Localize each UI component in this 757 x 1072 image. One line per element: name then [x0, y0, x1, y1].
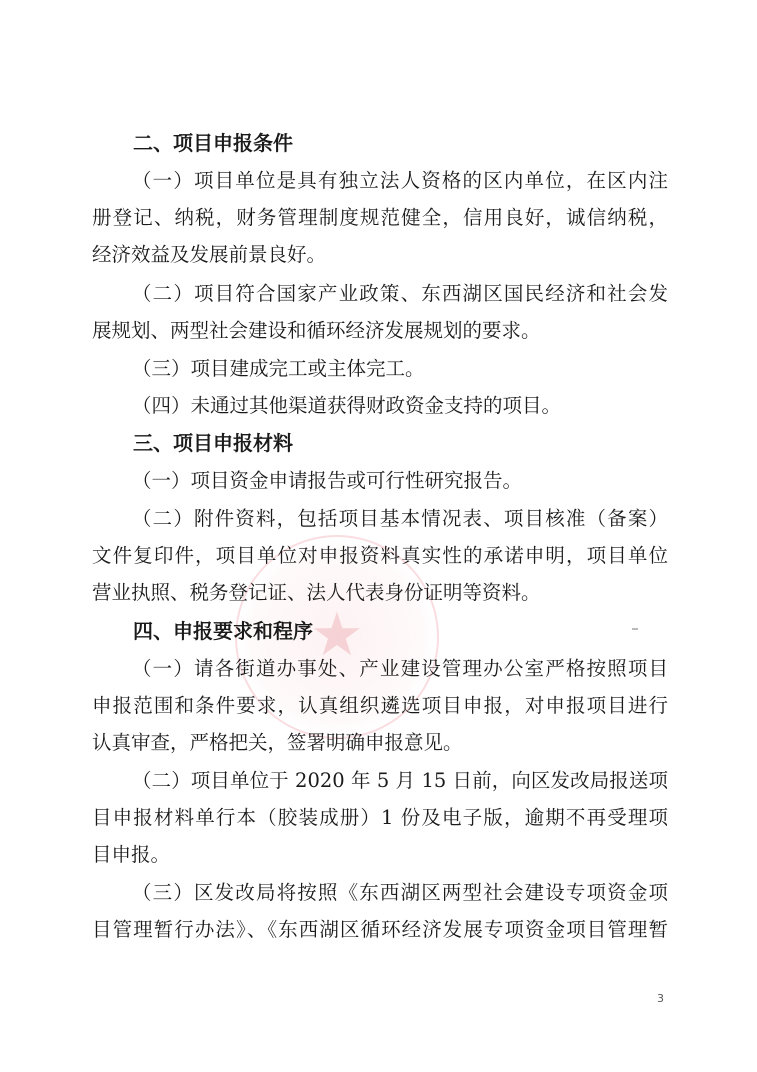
paragraph-line: 目管理暂行办法》、《东西湖区循环经济发展专项资金项目管理暂 [92, 915, 668, 945]
paragraph-line: （二）项目符合国家产业政策、东西湖区国民经济和社会发 [132, 279, 668, 309]
paragraph-line: （四）未通过其他渠道获得财政资金支持的项目。 [132, 391, 668, 421]
page-number: 3 [657, 992, 664, 1005]
paragraph-line: （三）项目建成完工或主体完工。 [132, 354, 668, 384]
paragraph-line: 展规划、两型社会建设和循环经济发展规划的要求。 [92, 316, 668, 346]
paragraph-line: 申报范围和条件要求，认真组织遴选项目申报，对申报项目进行 [92, 691, 668, 721]
paragraph-line: （二）附件资料，包括项目基本情况表、项目核准（备案） [132, 504, 668, 534]
paragraph-line: 认真审查，严格把关，签署明确申报意见。 [92, 728, 668, 758]
paragraph-line: （三）区发改局将按照《东西湖区两型社会建设专项资金项 [132, 878, 668, 908]
paragraph-line: （一）项目资金申请报告或可行性研究报告。 [132, 466, 668, 496]
paragraph-line: 册登记、纳税，财务管理制度规范健全，信用良好，诚信纳税， [92, 203, 668, 233]
paragraph-line: 目申报材料单行本（胶装成册）1 份及电子版，逾期不再受理项 [92, 803, 668, 833]
paragraph-line: （一）项目单位是具有独立法人资格的区内单位，在区内注 [132, 166, 668, 196]
section-heading-procedures: 四、申报要求和程序 [133, 616, 533, 646]
paragraph-line: 目申报。 [92, 840, 668, 870]
paragraph-line: 文件复印件，项目单位对申报资料真实性的承诺申明，项目单位 [92, 541, 668, 571]
document-page: ★ 二、项目申报条件 （一）项目单位是具有独立法人资格的区内单位，在区内注 册登… [0, 0, 757, 1072]
section-heading-materials: 三、项目申报材料 [133, 428, 533, 458]
section-heading-conditions: 二、项目申报条件 [133, 128, 533, 158]
paragraph-line: （二）项目单位于 2020 年 5 月 15 日前，向区发改局报送项 [132, 766, 668, 796]
paragraph-line: （一）请各街道办事处、产业建设管理办公室严格按照项目 [132, 654, 668, 684]
paragraph-line: 营业执照、税务登记证、法人代表身份证明等资料。 [92, 578, 668, 608]
scan-speck [632, 628, 638, 630]
paragraph-line: 经济效益及发展前景良好。 [92, 240, 668, 270]
